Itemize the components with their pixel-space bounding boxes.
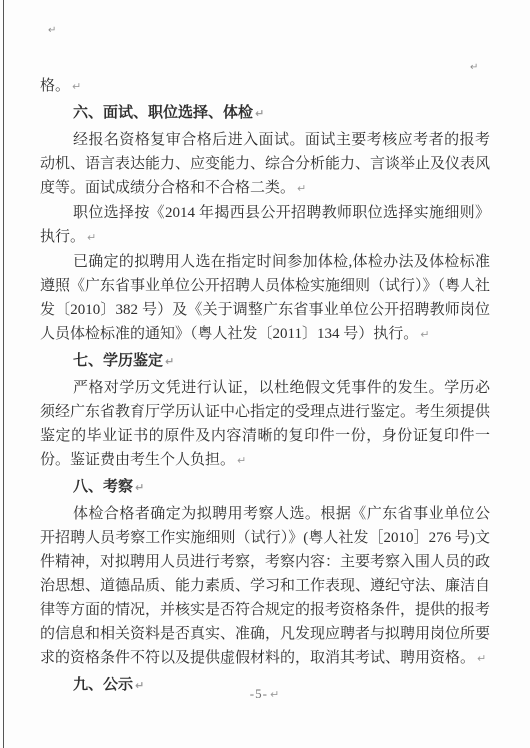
paragraph-mark-icon: ↵ [237, 454, 246, 467]
paragraph: 职位选择按《2014 年揭西县公开招聘教师职位选择实施细则》执行。↵ [40, 201, 490, 250]
paragraph-mark-icon: ↵ [87, 231, 96, 244]
section-heading-qualification: 七、学历鉴定↵ [40, 349, 490, 374]
paragraph-mark-icon: ↵ [297, 182, 306, 195]
paragraph-text: 格。 [40, 78, 70, 94]
document-page: ↵ ↵ 格。↵ 六、面试、职位选择、体检↵ 经报名资格复审合格后进入面试。面试主… [0, 0, 530, 748]
paragraph-mark-icon: ↵ [470, 62, 478, 73]
paragraph-mark-icon: ↵ [165, 355, 174, 368]
heading-text: 六、面试、职位选择、体检 [73, 105, 253, 121]
paragraph: 经报名资格复审合格后进入面试。面试主要考核应考者的报考动机、语言表达能力、应变能… [40, 128, 490, 201]
section-heading-interview: 六、面试、职位选择、体检↵ [40, 101, 490, 126]
paragraph: 已确定的拟聘用人选在指定时间参加体检,体检办法及体检标准遵照《广东省事业单位公开… [40, 250, 490, 347]
paragraph-text: 严格对学历文凭进行认证，以杜绝假文凭事件的发生。学历必须经广东省教育厅学历认证中… [40, 380, 490, 468]
paragraph-mark-icon: ↵ [477, 652, 486, 665]
page-edge-line [3, 0, 4, 748]
paragraph-mark-icon: ↵ [135, 481, 144, 494]
paragraph: 严格对学历文凭进行认证，以杜绝假文凭事件的发生。学历必须经广东省教育厅学历认证中… [40, 376, 490, 473]
paragraph-text: 经报名资格复审合格后进入面试。面试主要考核应考者的报考动机、语言表达能力、应变能… [40, 132, 490, 196]
paragraph-mark-icon: ↵ [420, 328, 429, 341]
paragraph-mark-icon: ↵ [255, 107, 264, 120]
page-number: -5- [250, 686, 268, 701]
page-footer: -5-↵ [0, 686, 530, 702]
heading-text: 八、考察 [73, 479, 133, 495]
document-body: 格。↵ 六、面试、职位选择、体检↵ 经报名资格复审合格后进入面试。面试主要考核应… [40, 74, 490, 700]
paragraph-continuation: 格。↵ [40, 74, 490, 99]
paragraph-mark-icon: ↵ [270, 688, 280, 701]
paragraph-text: 体检合格者确定为拟聘用考察人选。根据《广东省事业单位公开招聘人员考察工作实施细则… [40, 506, 490, 666]
heading-text: 七、学历鉴定 [73, 353, 163, 369]
paragraph-mark-icon: ↵ [48, 25, 56, 36]
paragraph-mark-icon: ↵ [72, 80, 81, 93]
section-heading-inspection: 八、考察↵ [40, 475, 490, 500]
paragraph-text: 职位选择按《2014 年揭西县公开招聘教师职位选择实施细则》执行。 [40, 205, 490, 245]
paragraph: 体检合格者确定为拟聘用考察人选。根据《广东省事业单位公开招聘人员考察工作实施细则… [40, 502, 490, 671]
